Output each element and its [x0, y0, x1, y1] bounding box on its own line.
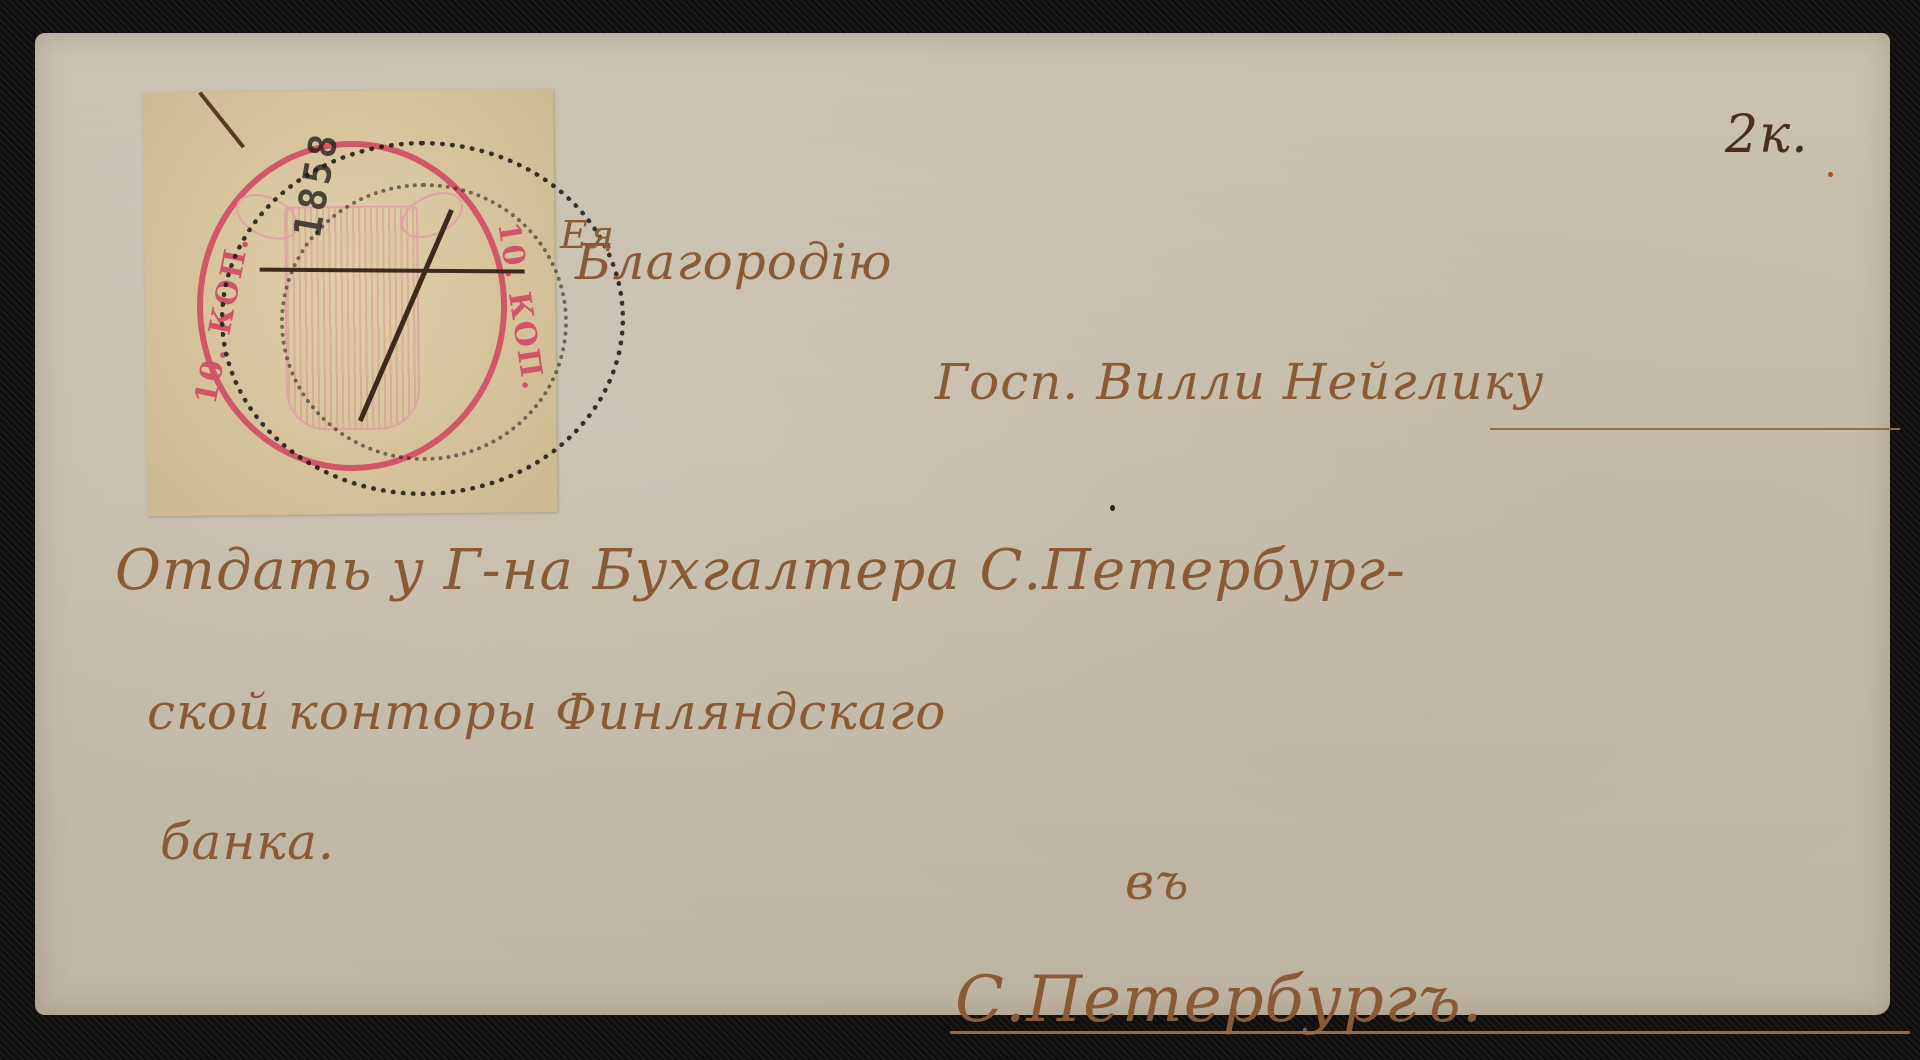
address-line-6: въ: [1125, 853, 1189, 911]
city-underline: [950, 1031, 1910, 1034]
address-line-2: Госп. Вилли Нейглику: [935, 353, 1544, 411]
underline: [1490, 428, 1900, 430]
ink-dot: [1110, 505, 1115, 511]
envelope: 10. КОП. 10. КОП. 1858 2к. Ея Благородію…: [35, 33, 1890, 1015]
corner-postage-note: 2к.: [1725, 105, 1809, 165]
address-line-4: ской конторы Финляндскаго: [147, 683, 946, 741]
address-line-5: банка.: [160, 813, 335, 871]
pen-stroke: [198, 91, 245, 148]
address-line-1: Благородію: [575, 233, 893, 291]
address-line-3: Отдать у Г-на Бухгалтера С.Петербург-: [115, 538, 1406, 603]
red-speck: [1828, 172, 1833, 177]
address-city: С.Петербургъ.: [955, 963, 1483, 1037]
